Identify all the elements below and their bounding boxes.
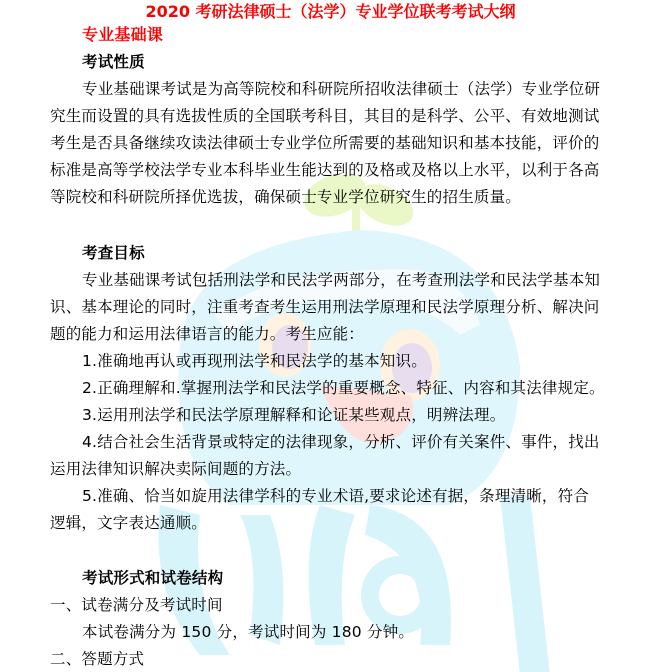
paragraph-line: 本试卷满分为 150 分，考试时间为 180 分钟。 — [82, 622, 414, 642]
list-item: 4.结合社会生活背景或特定的法律现象，分析、评价有关案件、事件，找出 — [82, 432, 600, 452]
paragraph-line: 专业基础课考试包括刑法学和民法学两部分，在考查刑法学和民法学基本知 — [82, 270, 600, 290]
paragraph-line: 识、基本理论的同时，注重考查考生运用刑法学原理和民法学原理分析、解决问 — [50, 297, 600, 317]
heading-exam-nature: 考试性质 — [82, 52, 145, 72]
list-item: 3.运用刑法学和民法学原理解释和论证某些观点，明辨法理。 — [82, 405, 505, 425]
paragraph-line: 专业基础课考试是为高等院校和科研院所招收法律硕士（法学）专业学位研 — [82, 79, 600, 99]
paragraph-line: 题的能力和运用法律语言的能力。考生应能： — [50, 324, 364, 344]
list-item: 5.准确、恰当如旋用法律学科的专业术语,要求论述有据，条理清晰，符合 — [82, 486, 589, 506]
subheading-answer-method: 二、答题方式 — [50, 649, 144, 669]
document-title: 2020 考研法律硕士（法学）专业学位联考考试大纲 — [0, 2, 661, 22]
list-item: 1.准确地再认或再现刑法学和民法学的基本知识。 — [82, 351, 427, 371]
heading-exam-format: 考试形式和试卷结构 — [82, 568, 223, 588]
paragraph-line: 标准是高等学校法学专业本科毕业生能达到的及格或及格以上水平，以利于各高 — [50, 160, 600, 180]
list-item: 2.正确理解和.掌握刑法学和民法学的重要概念、特征、内容和其法律规定。 — [82, 378, 605, 398]
list-item-continuation: 运用法律知识解决卖际间题的方法。 — [50, 459, 301, 479]
paragraph-line: 考生是否具备继续攻读法律硕士专业学位所需要的基础知识和基本技能，评价的 — [50, 133, 600, 153]
paragraph-line: 等院校和科研院所择优选拔，确保硕士专业学位研究生的招生质量。 — [50, 187, 521, 207]
subheading-score-time: 一、试卷满分及考试时间 — [50, 595, 223, 615]
paragraph-line: 究生而设置的具有选拔性质的全国联考科目，其目的是科学、公平、有效地测试 — [50, 106, 600, 126]
heading-exam-objectives: 考查目标 — [82, 243, 145, 263]
list-item-continuation: 逻辑，文字表达通顺。 — [50, 513, 207, 533]
section-label: 专业基础课 — [82, 25, 163, 45]
